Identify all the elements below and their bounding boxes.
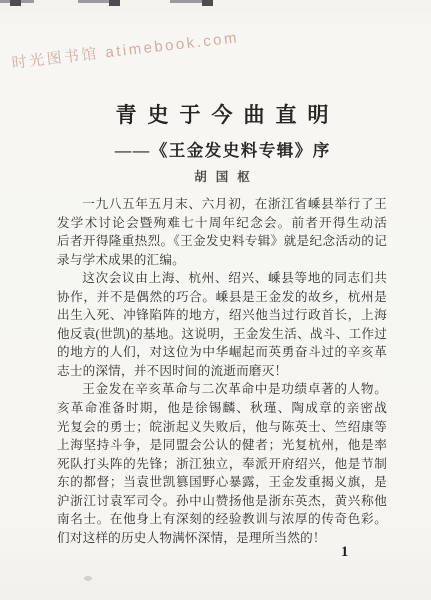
body-line: 后者开得隆重热烈。《王金发史料专辑》就是纪念活动的记 <box>57 232 387 251</box>
author-name: 胡国枢 <box>14 167 430 185</box>
body-line: 沪浙江讨袁军司令。孙中山赞扬他是浙东英杰，黄兴称他为东 <box>57 492 387 511</box>
body-line: 他反袁(世凯)的基地。这说明，王金发生活、战斗、工作过 <box>57 325 387 344</box>
body-line: 亥革命准备时期，他是徐锡麟、秋瑾、陶成章的亲密战友， <box>57 399 387 418</box>
body-line: 这次会议由上海、杭州、绍兴、嵊县等地的同志们共同 <box>57 269 387 288</box>
body-line: 发学术讨论会暨殉难七十周年纪念会。前者开得生动活泼， <box>57 214 387 233</box>
body-line: 死队打头阵的先锋；浙江独立，奉派开府绍兴，他是节制越 <box>57 455 387 474</box>
body-line: 一九八五年五月末、六月初，在浙江省嵊县举行了王金 <box>57 195 387 214</box>
body-line: 的地方的人们，对这位为中华崛起而英勇奋斗过的辛亥革命 <box>57 343 387 362</box>
page-title: 青史于今曲直明 <box>14 99 430 129</box>
body-line: 录与学术成果的汇编。 <box>57 251 387 270</box>
scanned-book-page: 时光图书馆 atimebook.com 青史于今曲直明 ——《王金发史料专辑》序… <box>0 0 431 600</box>
body-line: 王金发在辛亥革命与二次革命中是功绩卓著的人物。辛 <box>57 380 387 399</box>
scan-artifact-mark <box>109 0 120 6</box>
scan-artifact-bar <box>78 0 120 3</box>
body-text: 一九八五年五月末、六月初，在浙江省嵊县举行了王金 发学术讨论会暨殉难七十周年纪念… <box>57 195 387 547</box>
scan-artifact-bar <box>0 0 34 3</box>
scan-smudge <box>84 576 92 581</box>
library-watermark: 时光图书馆 atimebook.com <box>11 26 240 73</box>
scan-artifact-bar <box>170 0 213 3</box>
body-line: 志士的深情，并不因时间的流逝而磨灭！ <box>57 362 387 381</box>
body-line: 光复会的勇士；皖浙起义失败后，他与陈英士、竺绍康等在 <box>57 418 387 437</box>
body-line: 们对这样的历史人物满怀深情，是理所当然的！ <box>57 529 387 548</box>
page-number: 1 <box>341 544 348 561</box>
body-line: 东的都督；当袁世凯篡国野心暴露，王金发重揭义旗，是驻 <box>57 473 387 492</box>
body-line: 上海坚持斗争，是同盟会公认的健者；光复杭州，他是率敢 <box>57 436 387 455</box>
body-line: 协作，并不是偶然的巧合。嵊县是王金发的故乡，杭州是他 <box>57 288 387 307</box>
page-subtitle: ——《王金发史料专辑》序 <box>14 137 430 161</box>
body-line: 南名士。在他身上有深刻的经验教训与浓厚的传奇色彩。人 <box>57 510 387 529</box>
scan-artifact-mark <box>10 0 21 6</box>
body-line: 出生入死、冲锋陷阵的地方，绍兴他当过行政首长，上海是 <box>57 306 387 325</box>
scan-artifact-mark <box>202 0 213 6</box>
